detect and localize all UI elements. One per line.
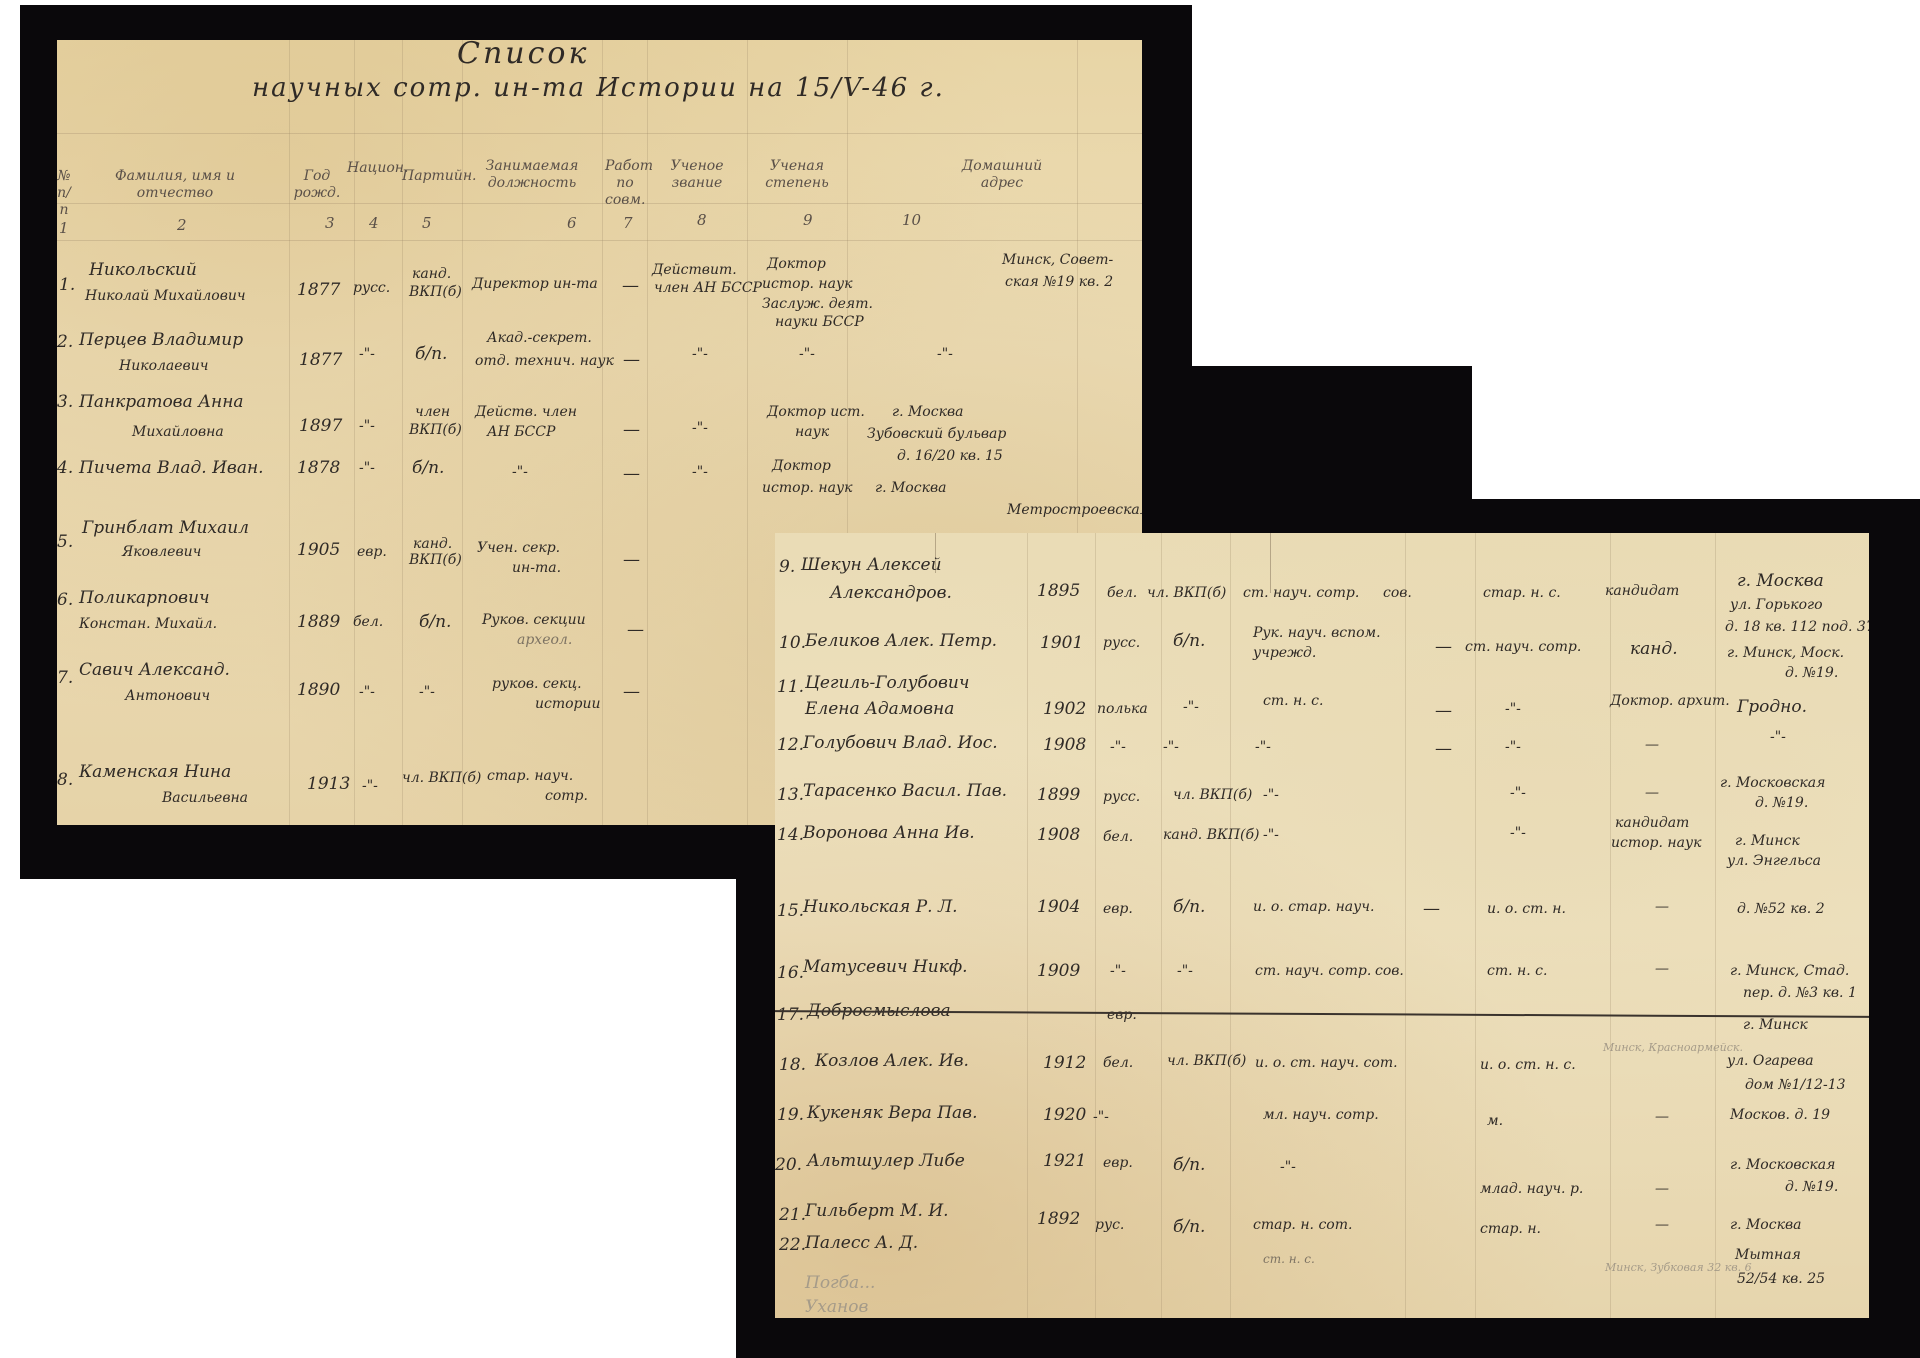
column-header: Работ по совм. bbox=[605, 158, 645, 209]
academic-degree: кандидат bbox=[1615, 815, 1689, 832]
employee-name: Гринблат Михаил bbox=[82, 518, 249, 538]
row-number: 2. bbox=[57, 332, 73, 352]
nationality: бел. bbox=[1103, 829, 1133, 846]
position: ст. н. с. bbox=[1263, 693, 1323, 710]
faint-note: Погба... bbox=[805, 1273, 875, 1293]
row-number: 13. bbox=[777, 785, 804, 805]
nationality: -"- bbox=[359, 346, 375, 363]
party: -"- bbox=[419, 684, 435, 701]
position: и. о. стар. науч. bbox=[1253, 899, 1374, 916]
document-subtitle: научных сотр. ин-та Истории на 15/V-46 г… bbox=[252, 78, 945, 98]
employee-name: Савич Александ. bbox=[79, 660, 230, 680]
column-divider bbox=[1095, 533, 1096, 1318]
column-divider bbox=[402, 40, 403, 825]
joint-work: — bbox=[1435, 637, 1452, 657]
document-title: Список bbox=[457, 44, 589, 64]
joint-work: — bbox=[627, 620, 644, 640]
column-header: Национ. bbox=[347, 160, 402, 177]
row-number: 11. bbox=[777, 677, 804, 697]
row-number: 12. bbox=[777, 735, 804, 755]
position: Действ. член bbox=[475, 404, 577, 421]
birth-year: 1902 bbox=[1043, 699, 1086, 719]
column-header: Домашний адрес bbox=[947, 158, 1057, 192]
employee-name: Тарасенко Васил. Пав. bbox=[803, 781, 1007, 801]
academic-degree: истор. наук bbox=[762, 480, 852, 497]
home-address: дом №1/12-13 bbox=[1745, 1077, 1846, 1094]
row-number: 21. bbox=[779, 1205, 806, 1225]
employee-name: Палесс А. Д. bbox=[805, 1233, 918, 1253]
birth-year: 1913 bbox=[307, 774, 350, 794]
academic-degree: Заслуж. деят. bbox=[762, 296, 873, 313]
position: Руков. секции bbox=[482, 612, 586, 629]
home-address: г. Московская bbox=[1720, 775, 1825, 792]
row-number: 10. bbox=[779, 633, 806, 653]
column-header: Год рожд. bbox=[292, 168, 342, 202]
nationality: евр. bbox=[357, 544, 387, 561]
home-address: Зубовский бульвар bbox=[867, 426, 1006, 443]
nationality: -"- bbox=[1110, 739, 1126, 756]
home-address: -"- bbox=[937, 346, 953, 363]
home-address: д. №52 кв. 2 bbox=[1737, 901, 1825, 918]
academic-title: -"- bbox=[692, 420, 708, 437]
home-address: г. Минск, Стад. bbox=[1730, 963, 1849, 980]
nationality: евр. bbox=[1103, 901, 1133, 918]
row-number: 22. bbox=[779, 1235, 806, 1255]
home-address: Минск, Совет- bbox=[1002, 252, 1113, 269]
nationality: бел. bbox=[1107, 585, 1137, 602]
nationality: бел. bbox=[1103, 1055, 1133, 1072]
home-address: г. Москва bbox=[1737, 571, 1824, 591]
academic-title: и. о. ст. н. bbox=[1487, 901, 1566, 918]
column-number: 7 bbox=[623, 213, 633, 233]
employee-name: Никольская Р. Л. bbox=[803, 897, 958, 917]
employee-name: Панкратова Анна bbox=[79, 392, 244, 412]
column-header: Ученое звание bbox=[652, 158, 742, 192]
birth-year: 1904 bbox=[1037, 897, 1080, 917]
birth-year: 1920 bbox=[1043, 1105, 1086, 1125]
nationality: русс. bbox=[353, 280, 390, 297]
joint-work: — bbox=[623, 682, 640, 702]
birth-year: 1912 bbox=[1043, 1053, 1086, 1073]
home-address: г. Москва bbox=[892, 404, 963, 421]
faint-note: Уханов bbox=[805, 1297, 868, 1317]
academic-degree: истор. наук bbox=[762, 276, 852, 293]
nationality: -"- bbox=[1110, 963, 1126, 980]
academic-degree: наук bbox=[795, 424, 829, 441]
party: -"- bbox=[1163, 739, 1179, 756]
home-address: г. Минск, Моск. bbox=[1727, 645, 1844, 662]
position: -"- bbox=[1263, 827, 1279, 844]
employee-name: Голубович Влад. Иос. bbox=[803, 733, 998, 753]
academic-degree: — bbox=[1655, 1217, 1669, 1234]
academic-degree: — bbox=[1655, 1109, 1669, 1126]
birth-year: 1921 bbox=[1043, 1151, 1086, 1171]
party: б/п. bbox=[1173, 631, 1205, 651]
home-address: д. №19. bbox=[1785, 665, 1838, 682]
column-divider bbox=[747, 40, 748, 825]
position: археол. bbox=[517, 632, 572, 649]
academic-degree: — bbox=[1645, 785, 1659, 802]
row-number: 14. bbox=[777, 825, 804, 845]
academic-degree: кандидат bbox=[1605, 583, 1679, 600]
employee-name: Воронова Анна Ив. bbox=[803, 823, 975, 843]
row-number: 17. bbox=[777, 1005, 804, 1025]
birth-year: 1892 bbox=[1037, 1209, 1080, 1229]
home-address: ул. Горького bbox=[1730, 597, 1823, 614]
rule-line bbox=[57, 133, 1142, 134]
employee-name: Кукеняк Вера Пав. bbox=[807, 1103, 977, 1123]
party: б/п. bbox=[1173, 1217, 1205, 1237]
position: -"- bbox=[1255, 739, 1271, 756]
employee-name: Пичета Влад. Иван. bbox=[79, 458, 264, 478]
position: сотр. bbox=[545, 788, 588, 805]
paper-crease bbox=[1270, 533, 1271, 593]
employee-name: Каменская Нина bbox=[79, 762, 231, 782]
nationality: -"- bbox=[359, 460, 375, 477]
academic-title: стар. н. с. bbox=[1483, 585, 1561, 602]
home-address: г. Москва bbox=[875, 480, 946, 497]
home-address: г. Минск bbox=[1743, 1017, 1808, 1034]
academic-title: -"- bbox=[1510, 825, 1526, 842]
home-address: 52/54 кв. 25 bbox=[1737, 1271, 1825, 1288]
party: ВКП(б) bbox=[409, 552, 462, 569]
academic-title: ст. науч. сотр. bbox=[1465, 639, 1581, 656]
position: отд. технич. наук bbox=[475, 353, 614, 370]
academic-degree: Доктор ист. bbox=[767, 404, 865, 421]
row-number: 5. bbox=[57, 532, 73, 552]
joint-work: — bbox=[1435, 739, 1452, 759]
column-divider bbox=[1715, 533, 1716, 1318]
position: АН БССР bbox=[487, 424, 555, 441]
nationality: русс. bbox=[1103, 635, 1140, 652]
employee-name: Матусевич Никф. bbox=[803, 957, 968, 977]
sheet-2: 9. Шекун Алексей Александров. 1895 бел. … bbox=[775, 533, 1869, 1318]
party: б/п. bbox=[412, 458, 444, 478]
joint-work: — bbox=[623, 464, 640, 484]
home-address: д. №19. bbox=[1785, 1179, 1838, 1196]
joint-work: — bbox=[623, 420, 640, 440]
column-divider bbox=[354, 40, 355, 825]
academic-title: -"- bbox=[692, 346, 708, 363]
row-number: 6. bbox=[57, 590, 73, 610]
row-number: 7. bbox=[57, 668, 73, 688]
party: ВКП(б) bbox=[409, 422, 462, 439]
employee-name: Александров. bbox=[830, 583, 952, 603]
row-number: 20. bbox=[775, 1155, 802, 1175]
column-number: 1 bbox=[59, 218, 69, 238]
position: Рук. науч. вспом. bbox=[1253, 625, 1381, 642]
column-divider bbox=[602, 40, 603, 825]
column-number: 10 bbox=[902, 210, 921, 230]
nationality: -"- bbox=[359, 418, 375, 435]
joint-work: сов. bbox=[1375, 963, 1404, 980]
column-header: Занимаемая должность bbox=[462, 158, 602, 192]
position: учрежд. bbox=[1253, 645, 1316, 662]
nationality: -"- bbox=[359, 684, 375, 701]
academic-title: м. bbox=[1487, 1113, 1503, 1130]
nationality: русс. bbox=[1103, 789, 1140, 806]
party: член bbox=[415, 404, 450, 421]
party: канд. bbox=[412, 266, 451, 283]
party: канд. ВКП(б) bbox=[1163, 827, 1260, 844]
row-number: 16. bbox=[777, 963, 804, 983]
row-number: 8. bbox=[57, 770, 73, 790]
rule-line bbox=[57, 203, 1142, 204]
position: ст. н. с. bbox=[1263, 1251, 1315, 1268]
birth-year: 1901 bbox=[1040, 633, 1083, 653]
academic-title: стар. н. bbox=[1480, 1221, 1541, 1238]
academic-title: млад. науч. р. bbox=[1480, 1181, 1583, 1198]
academic-degree: Доктор. архит. bbox=[1610, 693, 1730, 710]
column-header: Ученая степень bbox=[757, 158, 837, 192]
row-number: 4. bbox=[57, 458, 73, 478]
nationality: полька bbox=[1097, 701, 1148, 718]
nationality: евр. bbox=[1107, 1007, 1137, 1024]
home-address: Москов. д. 19 bbox=[1730, 1107, 1830, 1124]
birth-year: 1897 bbox=[299, 416, 342, 436]
academic-degree: истор. наук bbox=[1611, 835, 1701, 852]
birth-year: 1908 bbox=[1043, 735, 1086, 755]
birth-year: 1905 bbox=[297, 540, 340, 560]
row-number: 15. bbox=[777, 901, 804, 921]
birth-year: 1878 bbox=[297, 458, 340, 478]
joint-work: сов. bbox=[1383, 585, 1412, 602]
home-address: ул. Энгельса bbox=[1727, 853, 1821, 870]
position: мл. науч. сотр. bbox=[1263, 1107, 1379, 1124]
birth-year: 1890 bbox=[297, 680, 340, 700]
home-address: Гродно. bbox=[1737, 697, 1807, 717]
position: истории bbox=[535, 696, 601, 713]
nationality: рус. bbox=[1095, 1217, 1124, 1234]
birth-year: 1877 bbox=[299, 350, 342, 370]
academic-title: ст. н. с. bbox=[1487, 963, 1547, 980]
employee-name: Козлов Алек. Ив. bbox=[815, 1051, 969, 1071]
employee-name: Поликарпович bbox=[79, 588, 210, 608]
employee-name: Васильевна bbox=[162, 790, 248, 807]
joint-work: — bbox=[623, 350, 640, 370]
column-divider bbox=[1027, 533, 1028, 1318]
position: Учен. секр. bbox=[477, 540, 560, 557]
academic-degree: — bbox=[1645, 737, 1659, 754]
academic-title: Действит. bbox=[652, 262, 737, 279]
party: -"- bbox=[1183, 699, 1199, 716]
position: Акад.-секрет. bbox=[487, 330, 592, 347]
employee-name: Николай Михайлович bbox=[85, 288, 246, 305]
employee-name: Никольский bbox=[89, 260, 197, 280]
academic-title: -"- bbox=[1505, 739, 1521, 756]
birth-year: 1877 bbox=[297, 280, 340, 300]
employee-name: Яковлевич bbox=[122, 544, 201, 561]
party: чл. ВКП(б) bbox=[402, 770, 481, 787]
position: -"- bbox=[512, 464, 528, 481]
column-number: 2 bbox=[177, 215, 187, 235]
academic-degree: -"- bbox=[799, 346, 815, 363]
academic-degree: Минск, Красноармейск. bbox=[1603, 1039, 1743, 1056]
party: чл. ВКП(б) bbox=[1147, 585, 1226, 602]
position: ст. науч. сотр. bbox=[1243, 585, 1359, 602]
party: канд. bbox=[413, 536, 452, 553]
home-address: г. Минск bbox=[1735, 833, 1800, 850]
position: -"- bbox=[1280, 1159, 1296, 1176]
academic-title: -"- bbox=[1510, 785, 1526, 802]
home-address: г. Московская bbox=[1730, 1157, 1835, 1174]
employee-name: Антонович bbox=[125, 688, 210, 705]
employee-name: Констан. Михайл. bbox=[79, 616, 217, 633]
column-number: 3 bbox=[325, 213, 335, 233]
party: ВКП(б) bbox=[409, 284, 462, 301]
column-number: 8 bbox=[697, 210, 707, 230]
position: ин-та. bbox=[512, 560, 561, 577]
position: стар. науч. bbox=[487, 768, 573, 785]
nationality: бел. bbox=[353, 614, 383, 631]
home-address: д. №19. bbox=[1755, 795, 1808, 812]
academic-title: -"- bbox=[1505, 701, 1521, 718]
party: чл. ВКП(б) bbox=[1167, 1053, 1246, 1070]
birth-year: 1899 bbox=[1037, 785, 1080, 805]
party: б/п. bbox=[1173, 1155, 1205, 1175]
party: -"- bbox=[1177, 963, 1193, 980]
joint-work: — bbox=[622, 276, 639, 296]
column-divider bbox=[1405, 533, 1406, 1318]
academic-degree: — bbox=[1655, 899, 1669, 916]
home-address: д. 16/20 кв. 15 bbox=[897, 448, 1003, 465]
column-number: 9 bbox=[803, 210, 813, 230]
column-number: 6 bbox=[567, 213, 577, 233]
academic-title: -"- bbox=[692, 464, 708, 481]
academic-degree: Доктор bbox=[767, 256, 826, 273]
employee-name: Михайловна bbox=[132, 424, 224, 441]
column-divider bbox=[1161, 533, 1162, 1318]
column-header: Партийн. bbox=[402, 168, 457, 185]
home-address: Метростроевская bbox=[1007, 502, 1142, 519]
column-number: 4 bbox=[369, 213, 379, 233]
column-divider bbox=[1610, 533, 1611, 1318]
nationality: евр. bbox=[1103, 1155, 1133, 1172]
column-number: 5 bbox=[422, 213, 432, 233]
nationality: -"- bbox=[362, 778, 378, 795]
joint-work: — bbox=[1423, 899, 1440, 919]
position: -"- bbox=[1263, 787, 1279, 804]
home-address: ская №19 кв. 2 bbox=[1005, 274, 1113, 291]
position: стар. н. сот. bbox=[1253, 1217, 1352, 1234]
employee-name: Шекун Алексей bbox=[801, 555, 942, 575]
academic-degree: — bbox=[1655, 961, 1669, 978]
birth-year: 1889 bbox=[297, 612, 340, 632]
academic-title: член АН БССР bbox=[654, 280, 762, 297]
rule-line bbox=[57, 240, 1142, 241]
row-number: 9. bbox=[779, 557, 795, 577]
party: б/п. bbox=[415, 344, 447, 364]
home-address: пер. д. №3 кв. 1 bbox=[1743, 985, 1857, 1002]
academic-degree: канд. bbox=[1630, 639, 1678, 659]
employee-name: Цегиль-Голубович bbox=[805, 673, 969, 693]
column-header: № п/п bbox=[57, 168, 75, 219]
position: руков. секц. bbox=[492, 676, 582, 693]
row-number: 19. bbox=[777, 1105, 804, 1125]
column-divider bbox=[289, 40, 290, 825]
academic-degree: науки БССР bbox=[775, 314, 864, 331]
academic-degree: Минск, Зубковая 32 кв. 6 bbox=[1605, 1259, 1752, 1276]
employee-name: Беликов Алек. Петр. bbox=[805, 631, 997, 651]
row-number: 3. bbox=[57, 392, 73, 412]
birth-year: 1895 bbox=[1037, 581, 1080, 601]
joint-work: — bbox=[1435, 701, 1452, 721]
academic-degree: Доктор bbox=[772, 458, 831, 475]
joint-work: — bbox=[623, 550, 640, 570]
position: ст. науч. сотр. bbox=[1255, 963, 1371, 980]
home-address: -"- bbox=[1770, 729, 1786, 746]
nationality: -"- bbox=[1093, 1109, 1109, 1126]
home-address: г. Москва bbox=[1730, 1217, 1801, 1234]
position: Директор ин-та bbox=[472, 276, 598, 293]
row-number: 1. bbox=[59, 275, 75, 295]
home-address: д. 18 кв. 112 под. 37 bbox=[1725, 619, 1869, 636]
row-number: 18. bbox=[779, 1055, 806, 1075]
employee-name: Николаевич bbox=[119, 358, 208, 375]
column-divider bbox=[1230, 533, 1231, 1318]
academic-degree: — bbox=[1655, 1181, 1669, 1198]
position: и. о. ст. науч. сот. bbox=[1255, 1055, 1398, 1072]
party: б/п. bbox=[1173, 897, 1205, 917]
party: чл. ВКП(б) bbox=[1173, 787, 1252, 804]
birth-year: 1909 bbox=[1037, 961, 1080, 981]
employee-name: Елена Адамовна bbox=[805, 699, 954, 719]
party: б/п. bbox=[419, 612, 451, 632]
column-header: Фамилия, имя и отчество bbox=[85, 168, 265, 202]
employee-name: Альтшулер Либе bbox=[807, 1151, 965, 1171]
home-address: Мытная bbox=[1735, 1247, 1801, 1264]
home-address: ул. Огарева bbox=[1727, 1053, 1814, 1070]
birth-year: 1908 bbox=[1037, 825, 1080, 845]
academic-title: и. о. ст. н. с. bbox=[1480, 1057, 1576, 1074]
employee-name: Перцев Владимир bbox=[79, 330, 243, 350]
employee-name: Гильберт М. И. bbox=[805, 1201, 949, 1221]
